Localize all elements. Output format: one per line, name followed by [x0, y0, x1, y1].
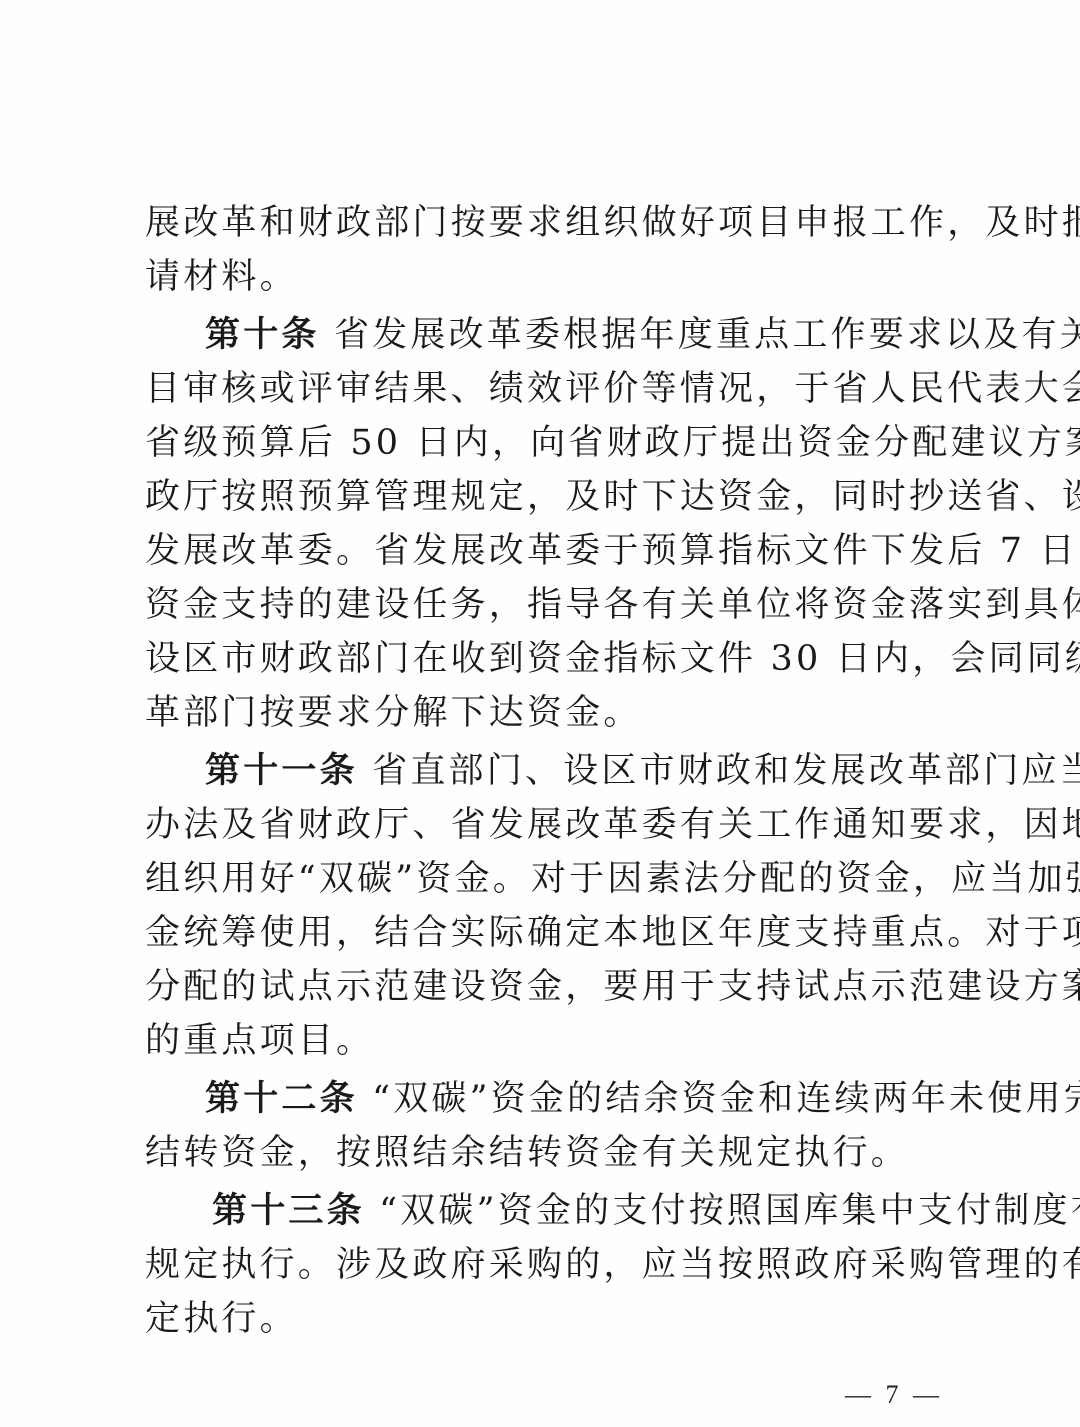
text-line: 目审核或评审结果、绩效评价等情况，于省人民代表大会批准 [145, 369, 945, 409]
article-12-line: 第十二条 “双碳”资金的结余资金和连续两年未使用完的 [205, 1079, 1005, 1119]
text-line: 政厅按照预算管理规定，及时下达资金，同时抄送省、设区市 [145, 477, 945, 517]
text-line: 定执行。 [145, 1299, 945, 1339]
page-number: — 7 — [845, 1380, 943, 1410]
article-heading: 第十一条 [205, 750, 358, 791]
text-line: 省直部门、设区市财政和发展改革部门应当按本 [372, 751, 1080, 791]
text-line: 展改革和财政部门按要求组织做好项目申报工作，及时报送申 [145, 203, 945, 243]
article-heading: 第十三条 [212, 1190, 365, 1231]
document-page: 展改革和财政部门按要求组织做好项目申报工作，及时报送申 请材料。 第十条 省发展… [0, 0, 1080, 1427]
text-line: 结转资金，按照结余结转资金有关规定执行。 [145, 1133, 945, 1173]
text-line: 的重点项目。 [145, 1021, 945, 1061]
text-line: 办法及省财政厅、省发展改革委有关工作通知要求，因地制宜 [145, 805, 945, 845]
text-line: 省发展改革委根据年度重点工作要求以及有关项 [334, 315, 1080, 355]
text-line: 设区市财政部门在收到资金指标文件 30 日内，会同同级发展改 [145, 639, 945, 679]
text-line: 革部门按要求分解下达资金。 [145, 693, 945, 733]
article-11-line: 第十一条 省直部门、设区市财政和发展改革部门应当按本 [205, 751, 1005, 791]
text-line: 规定执行。涉及政府采购的，应当按照政府采购管理的有关规 [145, 1245, 945, 1285]
article-10-line: 第十条 省发展改革委根据年度重点工作要求以及有关项 [205, 315, 1005, 355]
text-line: 资金支持的建设任务，指导各有关单位将资金落实到具体项目。 [145, 585, 945, 625]
text-line: 分配的试点示范建设资金，要用于支持试点示范建设方案明确 [145, 967, 945, 1007]
text-line: 请材料。 [145, 257, 945, 297]
article-heading: 第十条 [205, 314, 320, 355]
text-line: 组织用好“双碳”资金。对于因素法分配的资金，应当加强资 [145, 859, 945, 899]
text-line: 发展改革委。省发展改革委于预算指标文件下发后 7 日内下达 [145, 531, 945, 571]
text-line: 金统筹使用，结合实际确定本地区年度支持重点。对于项目法 [145, 913, 945, 953]
text-line: “双碳”资金的结余资金和连续两年未使用完的 [372, 1079, 1080, 1119]
article-heading: 第十二条 [205, 1078, 358, 1119]
text-line: 省级预算后 50 日内，向省财政厅提出资金分配建议方案。省财 [145, 423, 945, 463]
article-13-line: 第十三条 “双碳”资金的支付按照国库集中支付制度有关 [212, 1191, 1012, 1231]
text-line: “双碳”资金的支付按照国库集中支付制度有关 [379, 1191, 1080, 1231]
